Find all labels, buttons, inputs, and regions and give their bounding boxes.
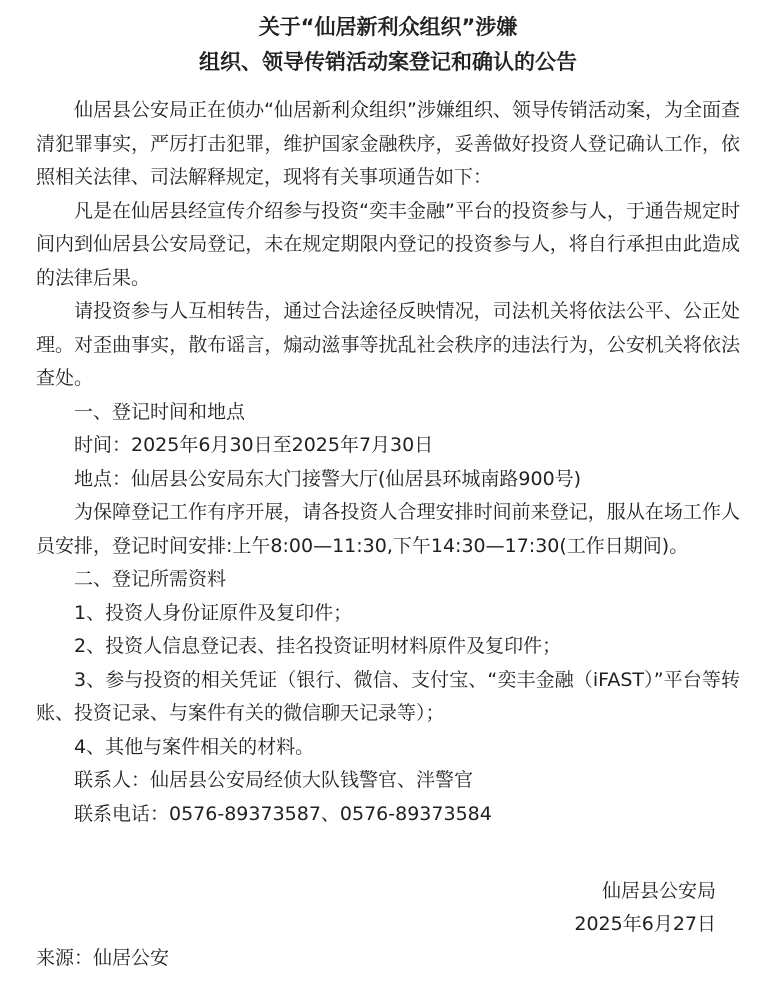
blank-line [36,831,740,865]
required-item-3: 3、参与投资的相关凭证（银行、微信、支付宝、“奕丰金融（iFAST）”平台等转账… [36,664,740,731]
required-item-2: 2、投资人信息登记表、挂名投资证明材料原件及复印件； [36,630,740,664]
warning-paragraph: 请投资参与人互相转告，通过合法途径反映情况，司法机关将依法公平、公正处理。对歪曲… [36,295,740,396]
source-attribution: 来源：仙居公安 [36,942,740,976]
contact-phone-line: 联系电话：0576-89373587、0576-89373584 [36,798,740,832]
contact-person-line: 联系人：仙居县公安局经侦大队钱警官、泮警官 [36,764,740,798]
section-2-heading: 二、登记所需资料 [36,563,740,597]
scope-paragraph: 凡是在仙居县经宣传介绍参与投资“奕丰金融”平台的投资参与人，于通告规定时间内到仙… [36,195,740,296]
registration-time-line: 时间：2025年6月30日至2025年7月30日 [36,429,740,463]
section-1-heading: 一、登记时间和地点 [36,396,740,430]
signature-date: 2025年6月27日 [36,908,716,942]
notice-title-line-2: 组织、领导传销活动案登记和确认的公告 [36,45,740,80]
signature-block: 仙居县公安局 2025年6月27日 [36,875,740,942]
notice-title: 关于“仙居新利众组织”涉嫌 组织、领导传销活动案登记和确认的公告 [36,10,740,80]
intro-paragraph: 仙居县公安局正在侦办“仙居新利众组织”涉嫌组织、领导传销活动案，为全面查清犯罪事… [36,94,740,195]
required-item-1: 1、投资人身份证原件及复印件； [36,597,740,631]
signature-agency: 仙居县公安局 [36,875,716,909]
arrangement-paragraph: 为保障登记工作有序开展，请各投资人合理安排时间前来登记，服从在场工作人员安排，登… [36,496,740,563]
notice-document: 关于“仙居新利众组织”涉嫌 组织、领导传销活动案登记和确认的公告 仙居县公安局正… [0,0,776,981]
required-item-4: 4、其他与案件相关的材料。 [36,731,740,765]
registration-location-line: 地点：仙居县公安局东大门接警大厅(仙居县环城南路900号) [36,463,740,497]
notice-title-line-1: 关于“仙居新利众组织”涉嫌 [36,10,740,45]
